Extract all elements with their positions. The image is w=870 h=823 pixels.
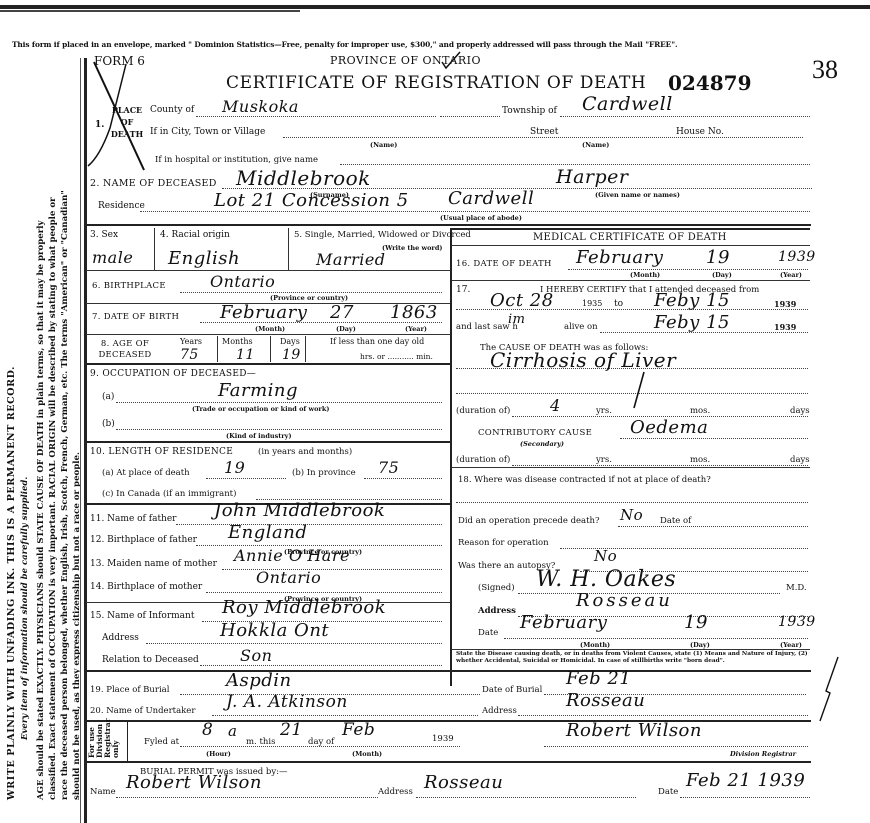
dob-month-caption: (Month) — [255, 325, 285, 333]
residence-caption: (Usual place of abode) — [440, 214, 522, 222]
dod-label: 16. DATE OF DEATH — [456, 259, 552, 269]
permit-date-value: Feb 21 1939 — [686, 770, 805, 791]
sex-divider — [154, 228, 155, 270]
residence-value: Lot 21 Concession 5 — [214, 190, 409, 211]
doctor-address-label: Address — [478, 606, 516, 616]
top-border-shadow — [0, 10, 300, 12]
racial-divider — [288, 228, 289, 270]
date-of-label: Date of — [660, 516, 691, 526]
dod-month-caption: (Month) — [630, 271, 660, 279]
residence-label: Residence — [98, 201, 145, 211]
medical-heading: MEDICAL CERTIFICATE OF DEATH — [533, 232, 727, 243]
relation-line — [200, 665, 442, 666]
last-saw-date-value: Feby 15 — [654, 312, 730, 333]
township-label: Township of — [502, 106, 557, 116]
dod-line — [568, 269, 808, 270]
undertaker-address-label: Address — [482, 706, 517, 716]
residence-b-label: (b) In province — [292, 468, 356, 478]
contributory-value: Oedema — [630, 417, 708, 438]
hour-caption: (Hour) — [206, 750, 231, 758]
occupation-b-line — [116, 429, 442, 430]
months-label: Months — [222, 337, 253, 346]
fyled-year: 1939 — [432, 734, 454, 744]
duration-label: (duration of) — [456, 406, 510, 416]
township-value: Cardwell — [582, 93, 673, 115]
permit-address-label: Address — [378, 787, 413, 797]
residence-line — [140, 211, 810, 212]
item-1-number: 1. — [95, 120, 104, 130]
age-months-value: 11 — [236, 347, 255, 363]
certify-number: 17. — [456, 285, 470, 295]
signature-value: W. H. Oakes — [536, 567, 676, 592]
racial-origin-label: 4. Racial origin — [160, 230, 230, 240]
m-this-label: m. this — [246, 737, 275, 747]
days-label: Days — [280, 337, 300, 346]
row-divider — [452, 280, 810, 281]
age-days-value: 19 — [282, 347, 301, 363]
father-value: John Middlebrook — [214, 500, 385, 521]
section-divider — [86, 363, 450, 365]
contributory-label: CONTRIBUTORY CAUSE — [478, 428, 592, 438]
top-border — [0, 5, 870, 9]
last-saw-pronoun: im — [508, 312, 526, 327]
cert-month-caption: (Month) — [580, 641, 610, 649]
reason-label: Reason for operation — [458, 538, 549, 548]
fyled-day-value: 21 — [280, 720, 303, 740]
fyled-month-value: Feb — [342, 720, 375, 740]
duration-2-line — [512, 465, 808, 466]
undertaker-value: J. A. Atkinson — [226, 692, 348, 712]
racial-origin-value: English — [168, 248, 240, 269]
registrar-divider — [127, 721, 128, 761]
sex-value: male — [92, 248, 133, 267]
place-of-death-label: PLACE OF DEATH — [108, 104, 146, 140]
operation-line — [618, 526, 808, 527]
occupation-a-caption: (Trade or occupation or kind of work) — [192, 405, 329, 413]
undertaker-address-value: Rosseau — [566, 690, 645, 711]
city-line — [283, 137, 803, 138]
permit-name-value: Robert Wilson — [126, 772, 262, 793]
dob-day-value: 27 — [330, 302, 354, 323]
autopsy-value: No — [594, 547, 617, 565]
mos-2-label: mos. — [690, 455, 710, 465]
residence-length-note: (in years and months) — [258, 447, 352, 457]
informant-label: 15. Name of Informant — [90, 611, 194, 621]
city-label: If in City, Town or Village — [150, 127, 265, 137]
dod-year-value: 1939 — [778, 249, 816, 265]
father-line — [176, 524, 442, 525]
age-divider — [270, 336, 271, 362]
registrar-side-label: For use Division Registrar only — [88, 718, 120, 758]
attended-from-value: Oct 28 — [490, 290, 554, 311]
township-line — [560, 116, 810, 117]
dob-month-value: February — [220, 302, 307, 323]
house-label: House No. — [676, 127, 724, 137]
marital-value: Married — [316, 250, 386, 269]
residence-c-label: (c) In Canada (if an immigrant) — [102, 489, 236, 499]
duration-2-label: (duration of) — [456, 455, 510, 465]
row-divider — [86, 270, 450, 271]
birthplace-value: Ontario — [210, 272, 275, 291]
hospital-line — [340, 164, 810, 165]
years-label: Years — [180, 337, 202, 346]
relation-label: Relation to Deceased — [102, 655, 199, 665]
residence-a-label: (a) At place of death — [102, 468, 190, 478]
surname-value: Middlebrook — [236, 166, 371, 190]
yrs-label: yrs. — [596, 406, 612, 416]
age-label: 8. AGE OF DECEASED — [90, 339, 160, 361]
operation-label: Did an operation precede death? — [458, 516, 600, 526]
fyled-am-value: a — [228, 722, 237, 740]
cause-value: Cirrhosis of Liver — [490, 348, 676, 372]
mother-line — [222, 569, 442, 570]
informant-address-value: Hokkla Ont — [220, 620, 329, 641]
birthplace-label: 6. BIRTHPLACE — [92, 281, 166, 291]
residence-a-value: 19 — [224, 458, 245, 477]
medical-heading-rule — [452, 245, 810, 246]
permit-name-label: Name — [90, 787, 116, 797]
q18-label: 18. Where was disease contracted if not … — [458, 475, 711, 485]
occupation-a-label: (a) — [102, 392, 114, 402]
birthplace-caption: (Province or country) — [270, 294, 348, 302]
dod-day-value: 19 — [706, 247, 730, 268]
row-divider — [452, 649, 810, 650]
birthplace-line — [180, 292, 442, 293]
father-birthplace-value: England — [228, 522, 307, 543]
burial-date-label: Date of Burial — [482, 685, 542, 695]
margin-instructions: WRITE PLAINLY WITH UNFADING INK. THIS IS… — [2, 100, 82, 800]
attended-to-value: Feby 15 — [654, 290, 730, 311]
registrar-caption: Division Registrar — [730, 750, 796, 758]
row-divider — [86, 334, 450, 335]
street-name-caption: (Name) — [582, 141, 609, 149]
q18-line — [456, 502, 808, 503]
attended-from-year: 1935 — [582, 299, 602, 308]
sex-label: 3. Sex — [90, 230, 118, 240]
city-name-caption: (Name) — [370, 141, 397, 149]
father-birthplace-label: 12. Birthplace of father — [90, 535, 197, 545]
duration-years-value: 4 — [550, 396, 561, 415]
days-label: days — [790, 406, 810, 416]
last-saw-year: 1939 — [774, 322, 796, 332]
burial-place-label: 19. Place of Burial — [90, 685, 169, 695]
mos-label: mos. — [690, 406, 710, 416]
father-label: 11. Name of father — [90, 514, 176, 524]
permit-name-line — [116, 797, 378, 798]
informant-value: Roy Middlebrook — [222, 597, 386, 618]
alive-on-label: alive on — [564, 322, 598, 332]
permit-address-line — [416, 797, 636, 798]
day-of-label: day of — [308, 737, 334, 747]
marital-label: 5. Single, Married, Widowed or Divorced — [294, 230, 471, 240]
registrar-name-value: Robert Wilson — [566, 720, 702, 741]
dod-month-value: February — [576, 247, 663, 268]
secondary-caption: (Secondary) — [520, 440, 564, 448]
hrs-min-label: hrs. or ........... min. — [360, 352, 433, 361]
county-line — [196, 116, 436, 117]
informant-address-line — [146, 643, 442, 644]
margin-line-5: race the deceased person belonged, wheth… — [60, 190, 70, 800]
occupation-b-label: (b) — [102, 419, 115, 429]
permit-date-label: Date — [658, 787, 678, 797]
frame-outer-line — [80, 58, 81, 823]
dob-year-caption: (Year) — [405, 325, 427, 333]
doctor-address-value: Rosseau — [576, 590, 673, 611]
mother-label: 13. Maiden name of mother — [90, 559, 217, 569]
pen-stroke-mark — [630, 370, 650, 410]
given-name-value: Harper — [556, 166, 628, 188]
dob-year-value: 1863 — [390, 302, 438, 323]
residence-length-label: 10. LENGTH OF RESIDENCE — [90, 447, 233, 457]
attended-to-year: 1939 — [774, 299, 796, 309]
occupation-b-caption: (Kind of industry) — [226, 432, 292, 440]
row-divider — [452, 467, 810, 468]
registrar-signature-line — [544, 746, 808, 747]
registrar-check-mark — [812, 655, 842, 725]
cert-day-caption: (Day) — [690, 641, 710, 649]
occupation-a-value: Farming — [218, 380, 298, 401]
age-years-value: 75 — [180, 347, 199, 363]
to-label: to — [614, 299, 623, 309]
cert-year-caption: (Year) — [780, 641, 802, 649]
burial-place-value: Aspdin — [226, 670, 292, 691]
cert-date-label: Date — [478, 628, 498, 638]
township-lead-line — [440, 116, 500, 117]
cert-date-day-value: 19 — [684, 612, 708, 633]
signed-label: (Signed) — [478, 583, 515, 593]
yrs-2-label: yrs. — [596, 455, 612, 465]
residence-b-line — [364, 478, 442, 479]
age-divider — [305, 336, 306, 362]
residence-b-value: 75 — [378, 458, 399, 477]
fyled-hour-value: 8 — [202, 720, 213, 740]
dod-year-caption: (Year) — [780, 271, 802, 279]
fyled-month-caption: (Month) — [352, 750, 382, 758]
occupation-label: 9. OCCUPATION OF DECEASED— — [90, 369, 256, 379]
fyled-label: Fyled at — [144, 737, 179, 747]
footnote: State the Disease causing death, or in d… — [456, 651, 808, 665]
undertaker-line — [212, 715, 478, 716]
section-divider — [86, 224, 811, 226]
certificate-number: 024879 — [668, 71, 752, 95]
age-divider — [217, 336, 218, 362]
certificate-title: CERTIFICATE OF REGISTRATION OF DEATH — [226, 73, 646, 93]
dod-day-caption: (Day) — [712, 271, 732, 279]
margin-line-4: classified. Exact statement of OCCUPATIO… — [48, 197, 58, 800]
county-label: County of — [150, 105, 194, 115]
residence-a-line — [206, 478, 286, 479]
less-than-day-label: If less than one day old — [330, 337, 424, 346]
page-number: 38 — [812, 55, 838, 85]
margin-line-3: AGE should be stated EXACTLY. PHYSICIANS… — [36, 220, 46, 800]
hospital-label: If in hospital or institution, give name — [155, 155, 318, 165]
undertaker-label: 20. Name of Undertaker — [90, 706, 195, 716]
informant-address-label: Address — [102, 633, 139, 643]
cert-date-year-value: 1939 — [778, 614, 816, 630]
permit-address-value: Rosseau — [424, 772, 503, 793]
checkmark-icon — [440, 50, 462, 70]
section-divider — [86, 441, 450, 443]
burial-date-value: Feb 21 — [566, 668, 631, 689]
mailing-notice: This form if placed in an envelope, mark… — [12, 40, 677, 49]
mother-birthplace-value: Ontario — [256, 568, 321, 587]
mother-value: Annie O'Hare — [234, 546, 350, 565]
permit-date-line — [680, 797, 810, 798]
residence-place-value: Cardwell — [448, 188, 534, 209]
section-divider — [86, 761, 811, 763]
section-divider — [86, 670, 811, 672]
margin-line-2: Every item of information should be care… — [20, 477, 30, 740]
street-label: Street — [530, 127, 558, 137]
column-divider — [450, 228, 452, 686]
mother-birthplace-label: 14. Birthplace of mother — [90, 582, 202, 592]
mother-birthplace-line — [206, 592, 442, 593]
md-label: M.D. — [786, 583, 807, 593]
operation-value: No — [620, 506, 643, 524]
name-of-deceased-label: 2. NAME OF DECEASED — [90, 178, 217, 189]
given-name-caption: (Given name or names) — [595, 191, 680, 199]
medical-top-rule — [452, 228, 810, 230]
section-divider — [86, 720, 811, 722]
marital-note: (Write the word) — [382, 244, 442, 252]
occupation-a-line — [116, 402, 442, 403]
margin-line-1: WRITE PLAINLY WITH UNFADING INK. THIS IS… — [6, 366, 17, 800]
cert-date-line — [504, 638, 808, 639]
days-2-label: days — [790, 455, 810, 465]
county-value: Muskoka — [222, 97, 299, 116]
relation-value: Son — [240, 646, 272, 665]
undertaker-address-line — [518, 715, 808, 716]
contributory-line — [620, 438, 808, 439]
dob-day-caption: (Day) — [336, 325, 356, 333]
cert-date-month-value: February — [520, 612, 607, 633]
dob-label: 7. DATE OF BIRTH — [92, 312, 179, 322]
